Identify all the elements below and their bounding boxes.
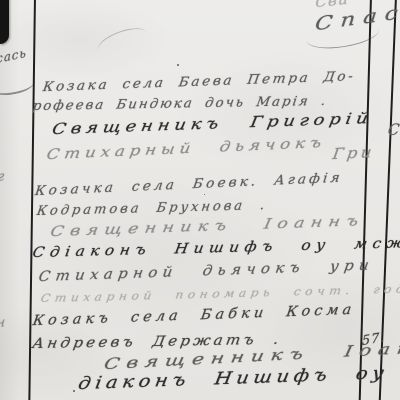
- ink-speck: [73, 390, 75, 392]
- handwriting-line: г: [0, 169, 5, 185]
- handwriting-line: Священникъ Григорій: [51, 109, 374, 138]
- ink-speck: [204, 194, 205, 195]
- handwriting-line: С: [387, 120, 400, 139]
- handwriting-line: Стихарный дьячокъ: [45, 135, 327, 163]
- handwriting-line: Козака села Баева Петра До-: [42, 69, 357, 95]
- ink-speck: [177, 64, 179, 66]
- pen-flourish: [0, 75, 35, 98]
- handwriting-line: Гри: [331, 143, 376, 163]
- pen-flourish: [94, 23, 150, 61]
- corner-tab: [0, 0, 9, 44]
- handwriting-line: сась: [0, 46, 27, 67]
- handwriting-line: Кодратова Брухнова .: [36, 198, 269, 219]
- handwriting-line: Стихарной дьячокъ ури: [38, 257, 376, 285]
- handwriting-line: Козакъ села Бабки Косма: [32, 302, 357, 329]
- handwriting-line: н: [0, 315, 6, 331]
- scanned-register-page: СвиСпасссасьгнКозака села Баева Петра До…: [0, 0, 400, 400]
- handwriting-line: Козачка села Боевк. Агафія: [34, 171, 344, 200]
